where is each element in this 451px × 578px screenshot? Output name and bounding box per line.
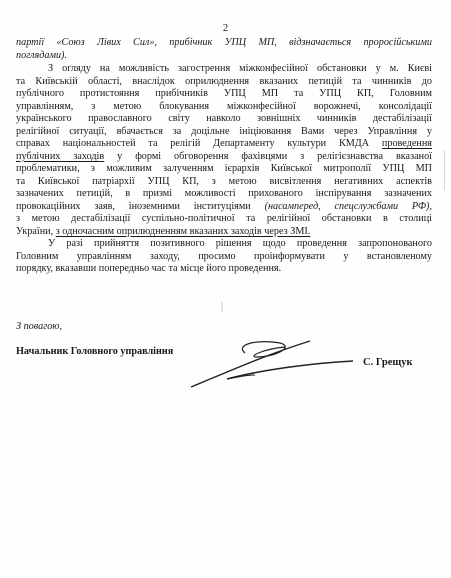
text-line: провокаційних заяв, іноземними інституці… xyxy=(16,201,432,214)
underlined-text: з одночасним оприлюдненням вказаних захо… xyxy=(56,226,311,237)
text-line: та Київській області, внаслідок оприлюдн… xyxy=(16,76,432,89)
text-line: релігійної ситуації, вбачається за доціл… xyxy=(16,126,432,139)
paragraph-main-request: З огляду на можливість загострення міжко… xyxy=(16,63,432,238)
scan-artifact xyxy=(221,302,223,312)
text-line: зазначених петицій, в призмі можливості … xyxy=(16,188,432,201)
text-span: У разі прийняття позитивного рішення щод… xyxy=(48,238,432,249)
text-span: справах національностей та релігій Депар… xyxy=(16,138,382,149)
text-line: У разі прийняття позитивного рішення щод… xyxy=(16,238,432,251)
text-span: у формі обговорення фахівцями з релігієз… xyxy=(117,151,432,162)
text-line: та Київської патріархії УПЦ КП, з метою … xyxy=(16,176,432,189)
signature-icon xyxy=(185,335,365,395)
scan-artifact xyxy=(444,150,445,190)
text-span: України, xyxy=(16,226,56,237)
page-number: 2 xyxy=(0,23,451,34)
text-line: публічних заходів публічних заходів у фо… xyxy=(16,151,432,164)
text-line: України, з одночасним оприлюдненням вказ… xyxy=(16,226,432,239)
text-line: українського православного світу навколо… xyxy=(16,113,432,126)
text-line: поглядами). xyxy=(16,50,432,63)
text-line: з метою дестабілізації суспільно-політич… xyxy=(16,213,432,226)
paragraph-closing-request: У разі прийняття позитивного рішення щод… xyxy=(16,238,432,276)
document-page: 2 партії «Союз Лівих Сил», прибічник УПЦ… xyxy=(0,0,451,578)
text-span: З огляду на можливість загострення міжко… xyxy=(48,63,432,74)
text-line: порядку, вказавши попередньо час та місц… xyxy=(16,263,432,276)
text-line: справах національностей та релігій Депар… xyxy=(16,138,432,151)
text-line: Головним управлінням заходу, просимо про… xyxy=(16,251,432,264)
text-line: партії «Союз Лівих Сил», прибічник УПЦ М… xyxy=(16,37,432,50)
signatory-name: С. Грещук xyxy=(363,357,413,368)
underlined-text: проведення xyxy=(382,138,432,149)
text-span: провокаційних заяв, іноземними інституці… xyxy=(16,201,265,212)
signatory-title: Начальник Головного управління xyxy=(16,346,173,357)
underlined-text: публічних заходів xyxy=(16,151,104,162)
closing-salutation: З повагою, xyxy=(16,321,62,332)
text-line: управлінням, з метою блокування міжконфе… xyxy=(16,101,432,114)
text-line: проблематики, з можливим залученням ієра… xyxy=(16,163,432,176)
text-line: З огляду на можливість загострення міжко… xyxy=(16,63,432,76)
italic-text: (насамперед, спецслужбами РФ), xyxy=(265,201,432,212)
paragraph-continuation: партії «Союз Лівих Сил», прибічник УПЦ М… xyxy=(16,37,432,62)
text-line: публічного протистояння прибічників УПЦ … xyxy=(16,88,432,101)
